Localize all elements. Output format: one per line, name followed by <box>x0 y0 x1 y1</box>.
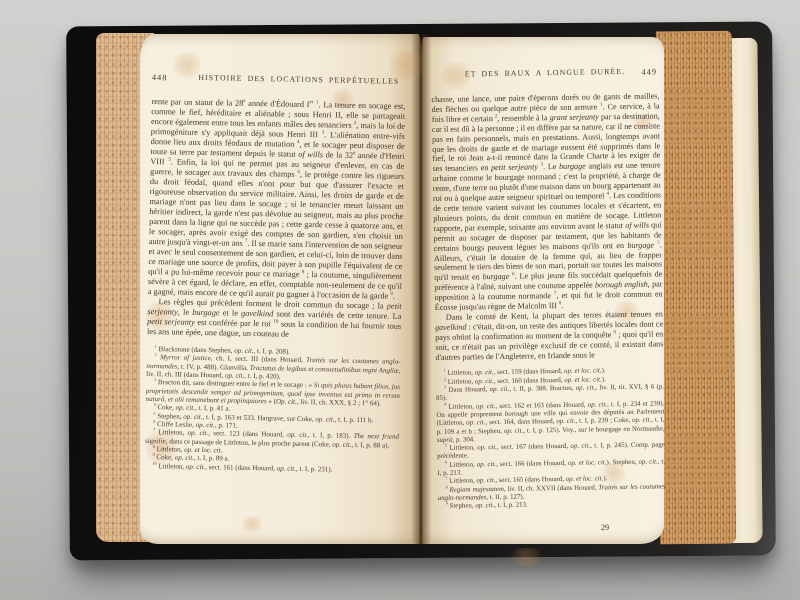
left-body-text: rente par un statut de la 28e année d'Éd… <box>147 97 406 342</box>
body-paragraph: chasse, une lance, une paire d'éperons d… <box>431 91 662 312</box>
left-footnotes: 1 Blackstone (dans Stephen, op. cit., t.… <box>144 345 400 475</box>
body-paragraph: Dans le comté de Kent, la plupart des te… <box>435 309 664 362</box>
book-gutter <box>411 34 431 544</box>
left-page-number: 448 <box>152 73 168 82</box>
right-body-text: chasse, une lance, une paire d'éperons d… <box>431 91 663 362</box>
right-footnotes: 1 Littleton, op. cit., sect. 159 (dans H… <box>436 367 666 512</box>
foxing-spot <box>506 548 546 566</box>
foxing-spot <box>385 50 429 80</box>
body-paragraph: rente par un statut de la 28e année d'Éd… <box>148 97 406 302</box>
right-page-text: ET DES BAUX A LONGUE DURÉE. 449 chasse, … <box>431 66 666 536</box>
right-running-head: ET DES BAUX A LONGUE DURÉE. 449 <box>431 66 659 82</box>
right-page-number: 449 <box>641 67 657 76</box>
signature-mark: 29 <box>585 523 625 533</box>
page-fore-edge-right <box>656 31 736 545</box>
left-page-text: 448 HISTOIRE DES LOCATIONS PERPÉTUELLES … <box>143 72 406 549</box>
body-paragraph: Les règles qui précèdent forment le droi… <box>147 297 402 342</box>
book-photo: 448 HISTOIRE DES LOCATIONS PERPÉTUELLES … <box>0 0 800 600</box>
footnote: 4 Littleton, op. cit., sect. 162 et 163 … <box>436 400 665 445</box>
